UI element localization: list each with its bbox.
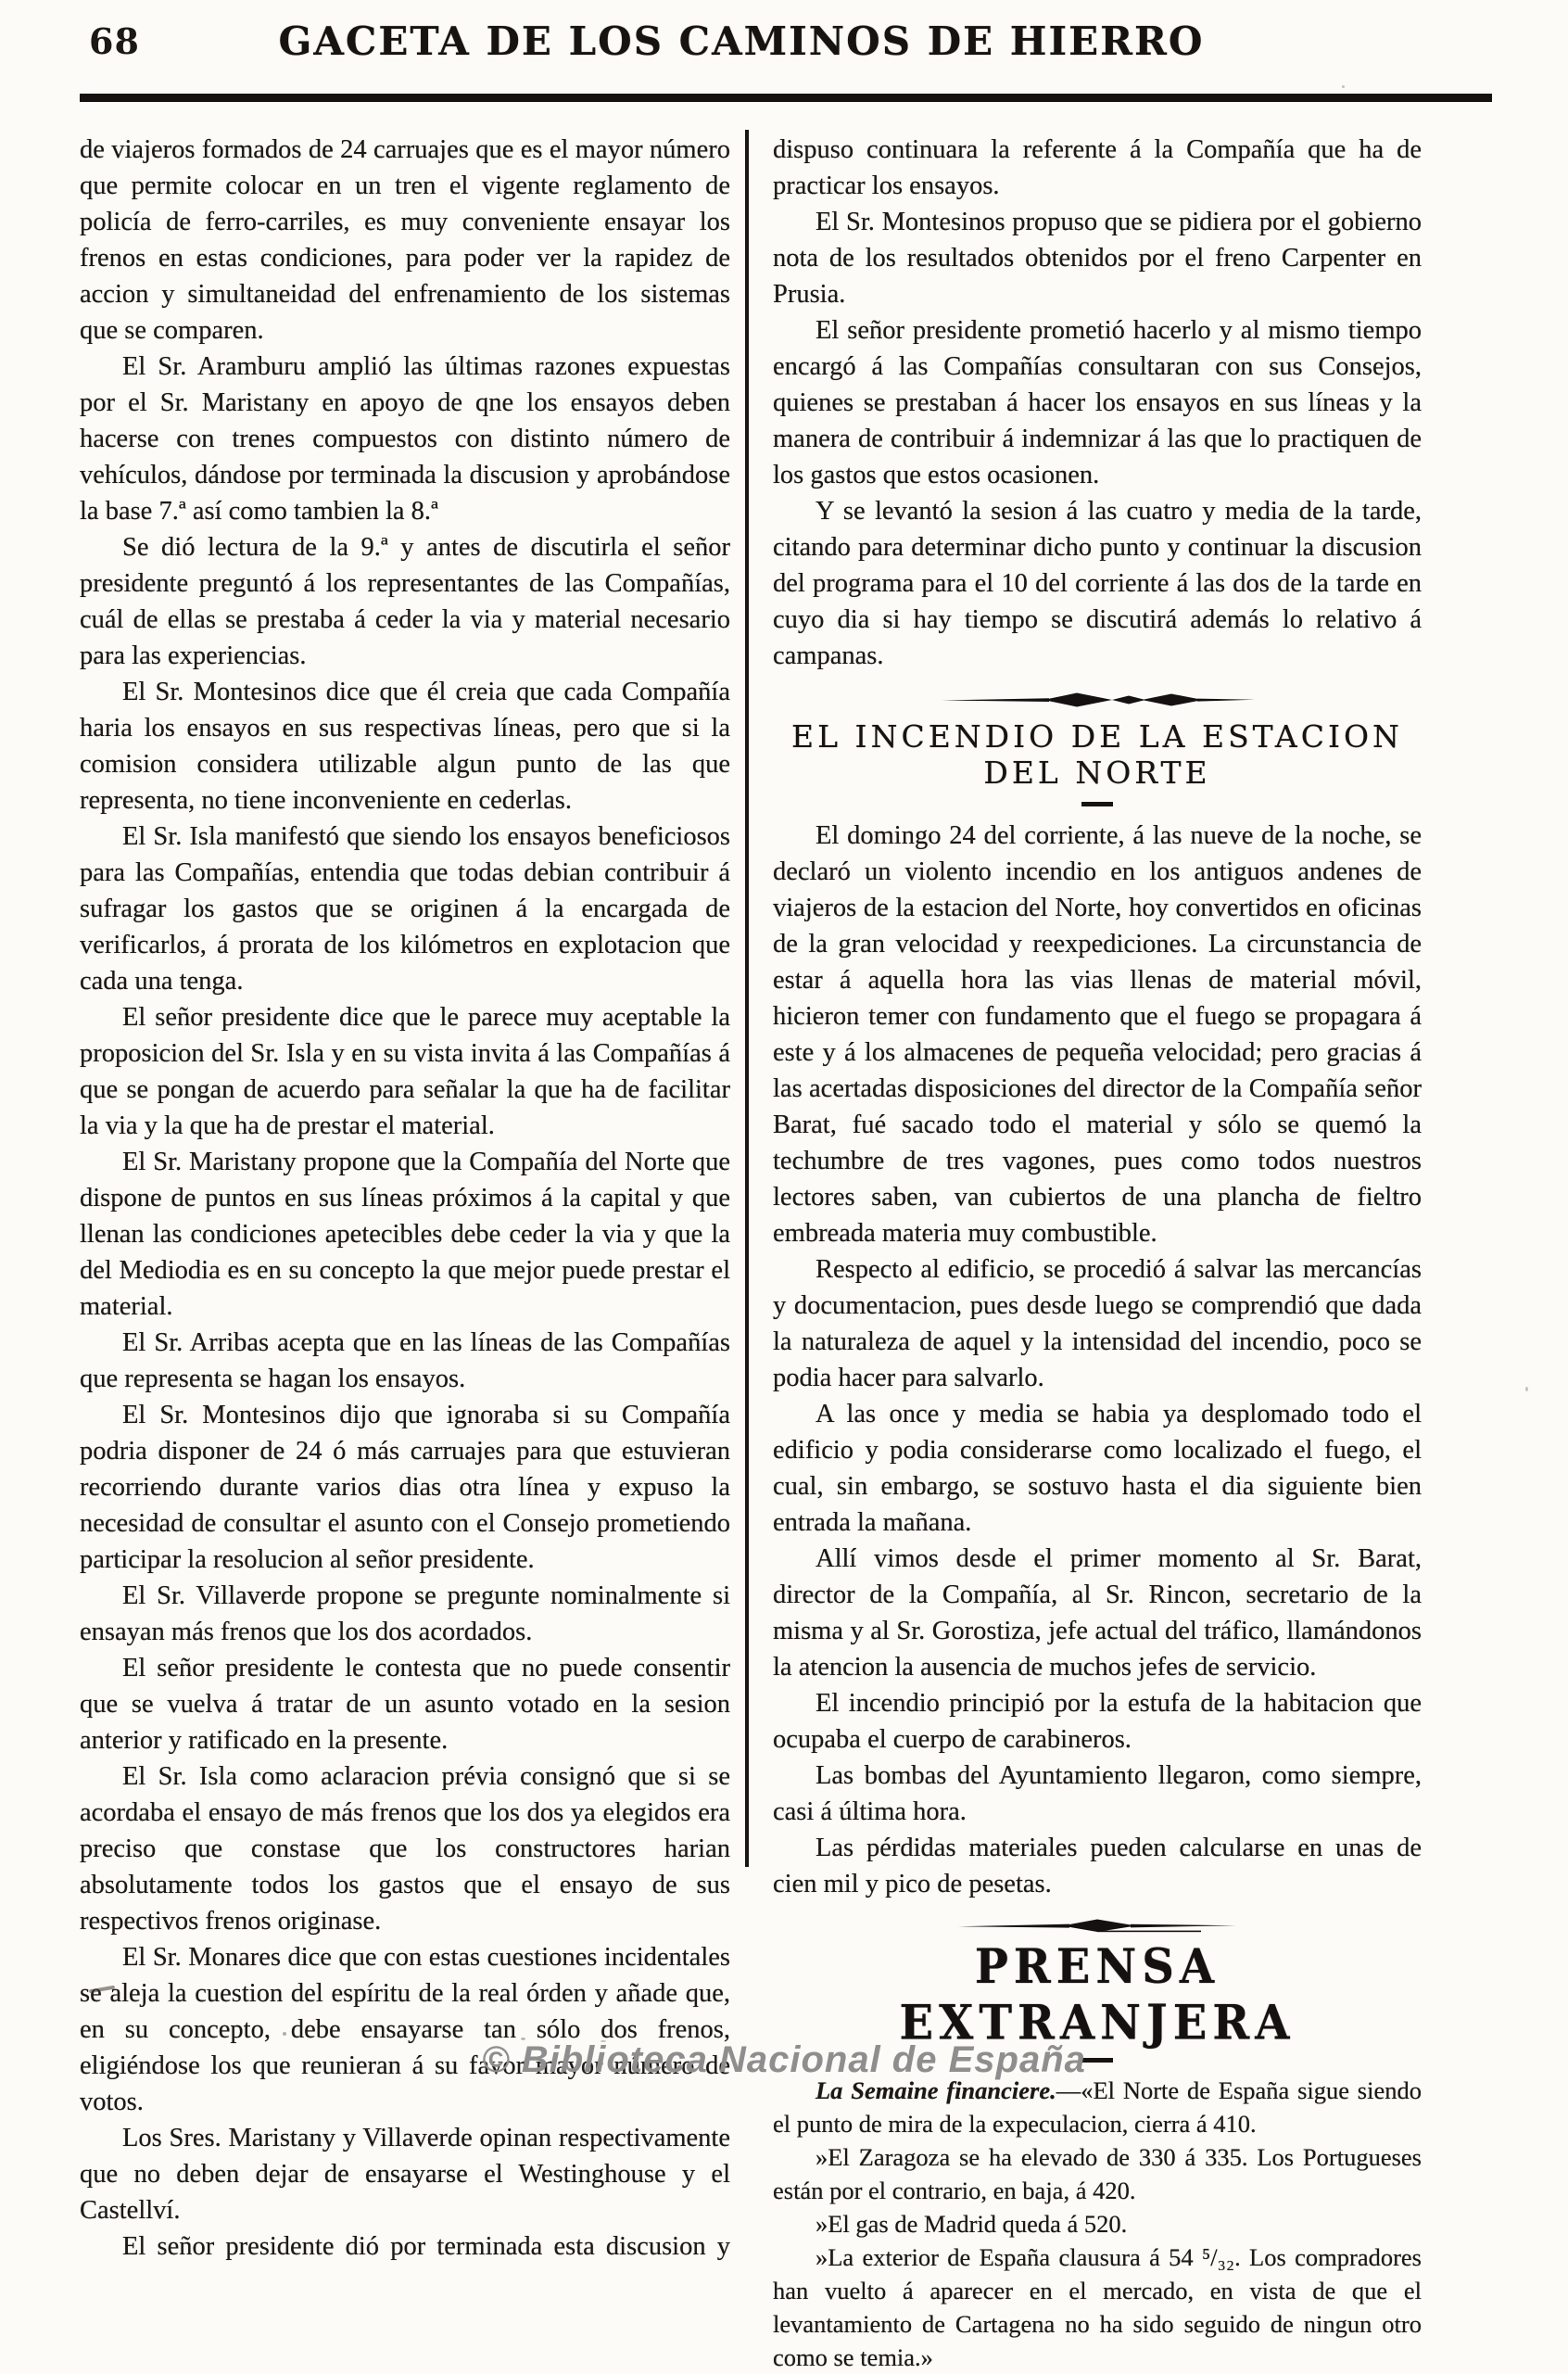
paragraph: El señor presidente le contesta que no p… [80,1650,730,1758]
paragraph: El Sr. Villaverde propone se pregunte no… [80,1578,730,1650]
scan-speck [601,2040,606,2042]
header-rule [80,94,1492,102]
heading-dash [1081,802,1113,806]
scan-speck [283,2032,286,2036]
paragraph: El Sr. Isla como aclaracion prévia consi… [80,1758,730,1939]
paragraph: Las pérdidas materiales pueden calculars… [773,1830,1422,1902]
paragraph: El Sr. Aramburu amplió las últimas razon… [80,349,730,529]
paragraph: A las once y media se habia ya desplomad… [773,1396,1422,1541]
paragraph: El domingo 24 del corriente, á las nueve… [773,818,1422,1251]
paragraph: El Sr. Isla manifestó que siendo los ens… [80,819,730,999]
watermark: © Biblioteca Nacional de España [0,2039,1568,2081]
paragraph: dispuso continuara la referente á la Com… [773,132,1422,204]
article-title-incendio: EL INCENDIO DE LA ESTACION DEL NORTE [773,718,1422,791]
paragraph: El Sr. Arribas acepta que en las líneas … [80,1325,730,1397]
paragraph: El Sr. Montesinos propuso que se pidiera… [773,204,1422,312]
paragraph: Allí vimos desde el primer momento al Sr… [773,1541,1422,1685]
left-column: de viajeros formados de 24 carruajes que… [80,132,730,2084]
paragraph: El Sr. Maristany propone que la Compañía… [80,1144,730,1325]
scan-speck [521,2038,525,2040]
scan-speck [688,2026,690,2029]
paragraph: El Sr. Montesinos dijo que ignoraba si s… [80,1397,730,1578]
article-incendio-body: El domingo 24 del corriente, á las nueve… [773,818,1422,1902]
article-title-prensa-extranjera: PRENSA EXTRANJERA [773,1939,1422,2051]
masthead-title: GACETA DE LOS CAMINOS DE HIERRO [0,19,1483,64]
paragraph: Y se levantó la sesion á las cuatro y me… [773,493,1422,674]
paragraph: El señor presidente prometió hacerlo y a… [773,312,1422,493]
paragraph: Respecto al edificio, se procedió á salv… [773,1251,1422,1396]
column-divider-rule [745,130,749,1867]
scan-speck [1152,28,1156,32]
section-divider-ornament-icon [958,1917,1236,1934]
paragraph: El Sr. Montesinos dice que él creia que … [80,674,730,819]
paragraph: El incendio principió por la estufa de l… [773,1685,1422,1758]
paragraph: de viajeros formados de 24 carruajes que… [80,132,730,349]
scan-speck [1342,85,1345,88]
paragraph: El señor presidente dice que le parece m… [80,999,730,1144]
paragraph: Se dió lectura de la 9.ª y antes de disc… [80,529,730,674]
right-column: dispuso continuara la referente á la Com… [773,132,1422,2084]
paragraph: Las bombas del Ayuntamiento llegaron, co… [773,1758,1422,1830]
newspaper-page: 68 GACETA DE LOS CAMINOS DE HIERRO de vi… [0,0,1568,2084]
section-divider-ornament-icon [940,691,1255,709]
right-column-top-section: dispuso continuara la referente á la Com… [773,132,1422,674]
scan-speck [1525,1387,1528,1391]
